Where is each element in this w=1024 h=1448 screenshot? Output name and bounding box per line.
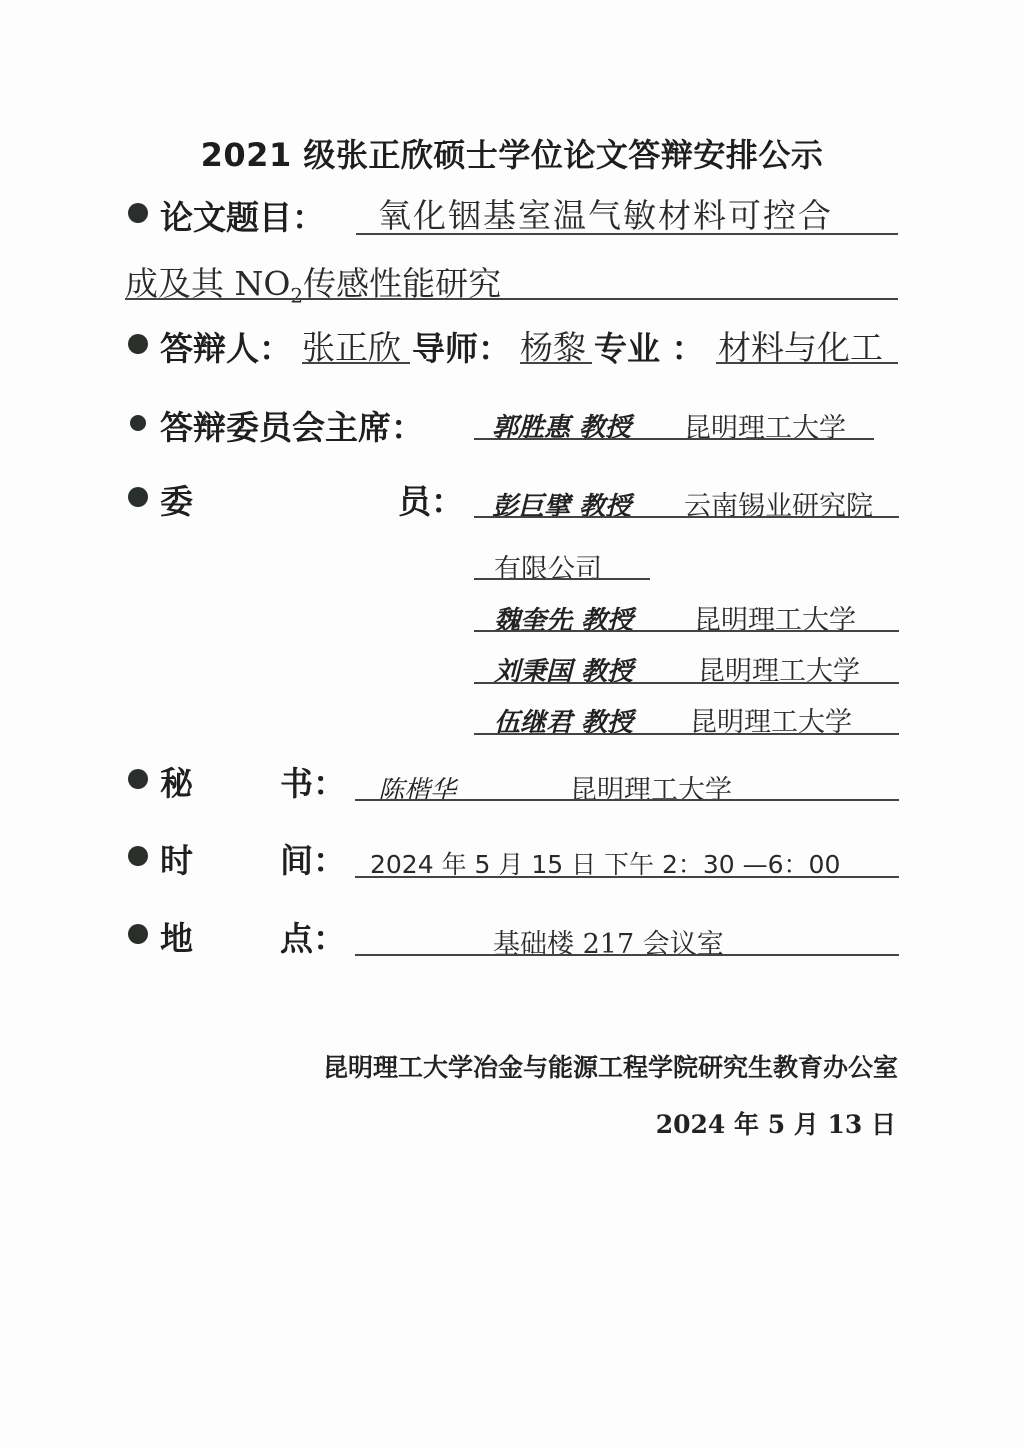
underline: [474, 516, 899, 518]
underline: [474, 733, 899, 735]
document-title: 2021 级张正欣硕士学位论文答辩安排公示: [0, 130, 1024, 176]
members-label-b: 员：: [398, 476, 464, 523]
members-label-a: 委: [160, 476, 193, 523]
underline: [355, 876, 899, 878]
issue-date: 2024 年 5 月 13 日: [656, 1105, 896, 1141]
underline: [356, 233, 898, 235]
respondent-label: 答辩人：: [160, 323, 292, 370]
secretary-label-a: 秘: [160, 758, 193, 805]
underline: [302, 362, 410, 364]
underline: [474, 630, 899, 632]
advisor-label: 导师：: [412, 323, 511, 370]
bullet-icon: [128, 334, 148, 354]
issuer: 昆明理工大学冶金与能源工程学院研究生教育办公室: [323, 1048, 898, 1084]
chair-label: 答辩委员会主席：: [160, 402, 424, 449]
bullet-icon: [128, 487, 148, 507]
secretary-label-b: 书：: [280, 758, 346, 805]
thesis-title-line1: 氧化铟基室温气敏材料可控合: [378, 190, 833, 237]
underline: [355, 954, 899, 956]
major-label: 专业 ：: [594, 323, 705, 370]
secretary-org: 昆明理工大学: [570, 768, 732, 807]
underline: [474, 578, 650, 580]
thesis-label: 论文题目：: [160, 192, 325, 239]
underline: [355, 799, 899, 801]
bullet-icon: [130, 415, 146, 431]
place-label-b: 点：: [280, 913, 346, 960]
secretary-name: 陈楷华: [378, 770, 456, 807]
underline: [474, 682, 899, 684]
bullet-icon: [128, 924, 148, 944]
time-label-b: 间：: [280, 835, 346, 882]
document-page: 2021 级张正欣硕士学位论文答辩安排公示 论文题目： 氧化铟基室温气敏材料可控…: [0, 0, 1024, 1448]
underline: [520, 362, 592, 364]
bullet-icon: [128, 203, 148, 223]
place-label-a: 地: [160, 913, 193, 960]
time-label-a: 时: [160, 835, 193, 882]
bullet-icon: [128, 846, 148, 866]
thesis-title-line2: 成及其 NO2传感性能研究: [125, 258, 501, 308]
underline: [716, 362, 898, 364]
member-org-continued: 有限公司: [494, 547, 602, 586]
underline: [474, 438, 874, 440]
bullet-icon: [128, 769, 148, 789]
underline: [125, 298, 898, 300]
